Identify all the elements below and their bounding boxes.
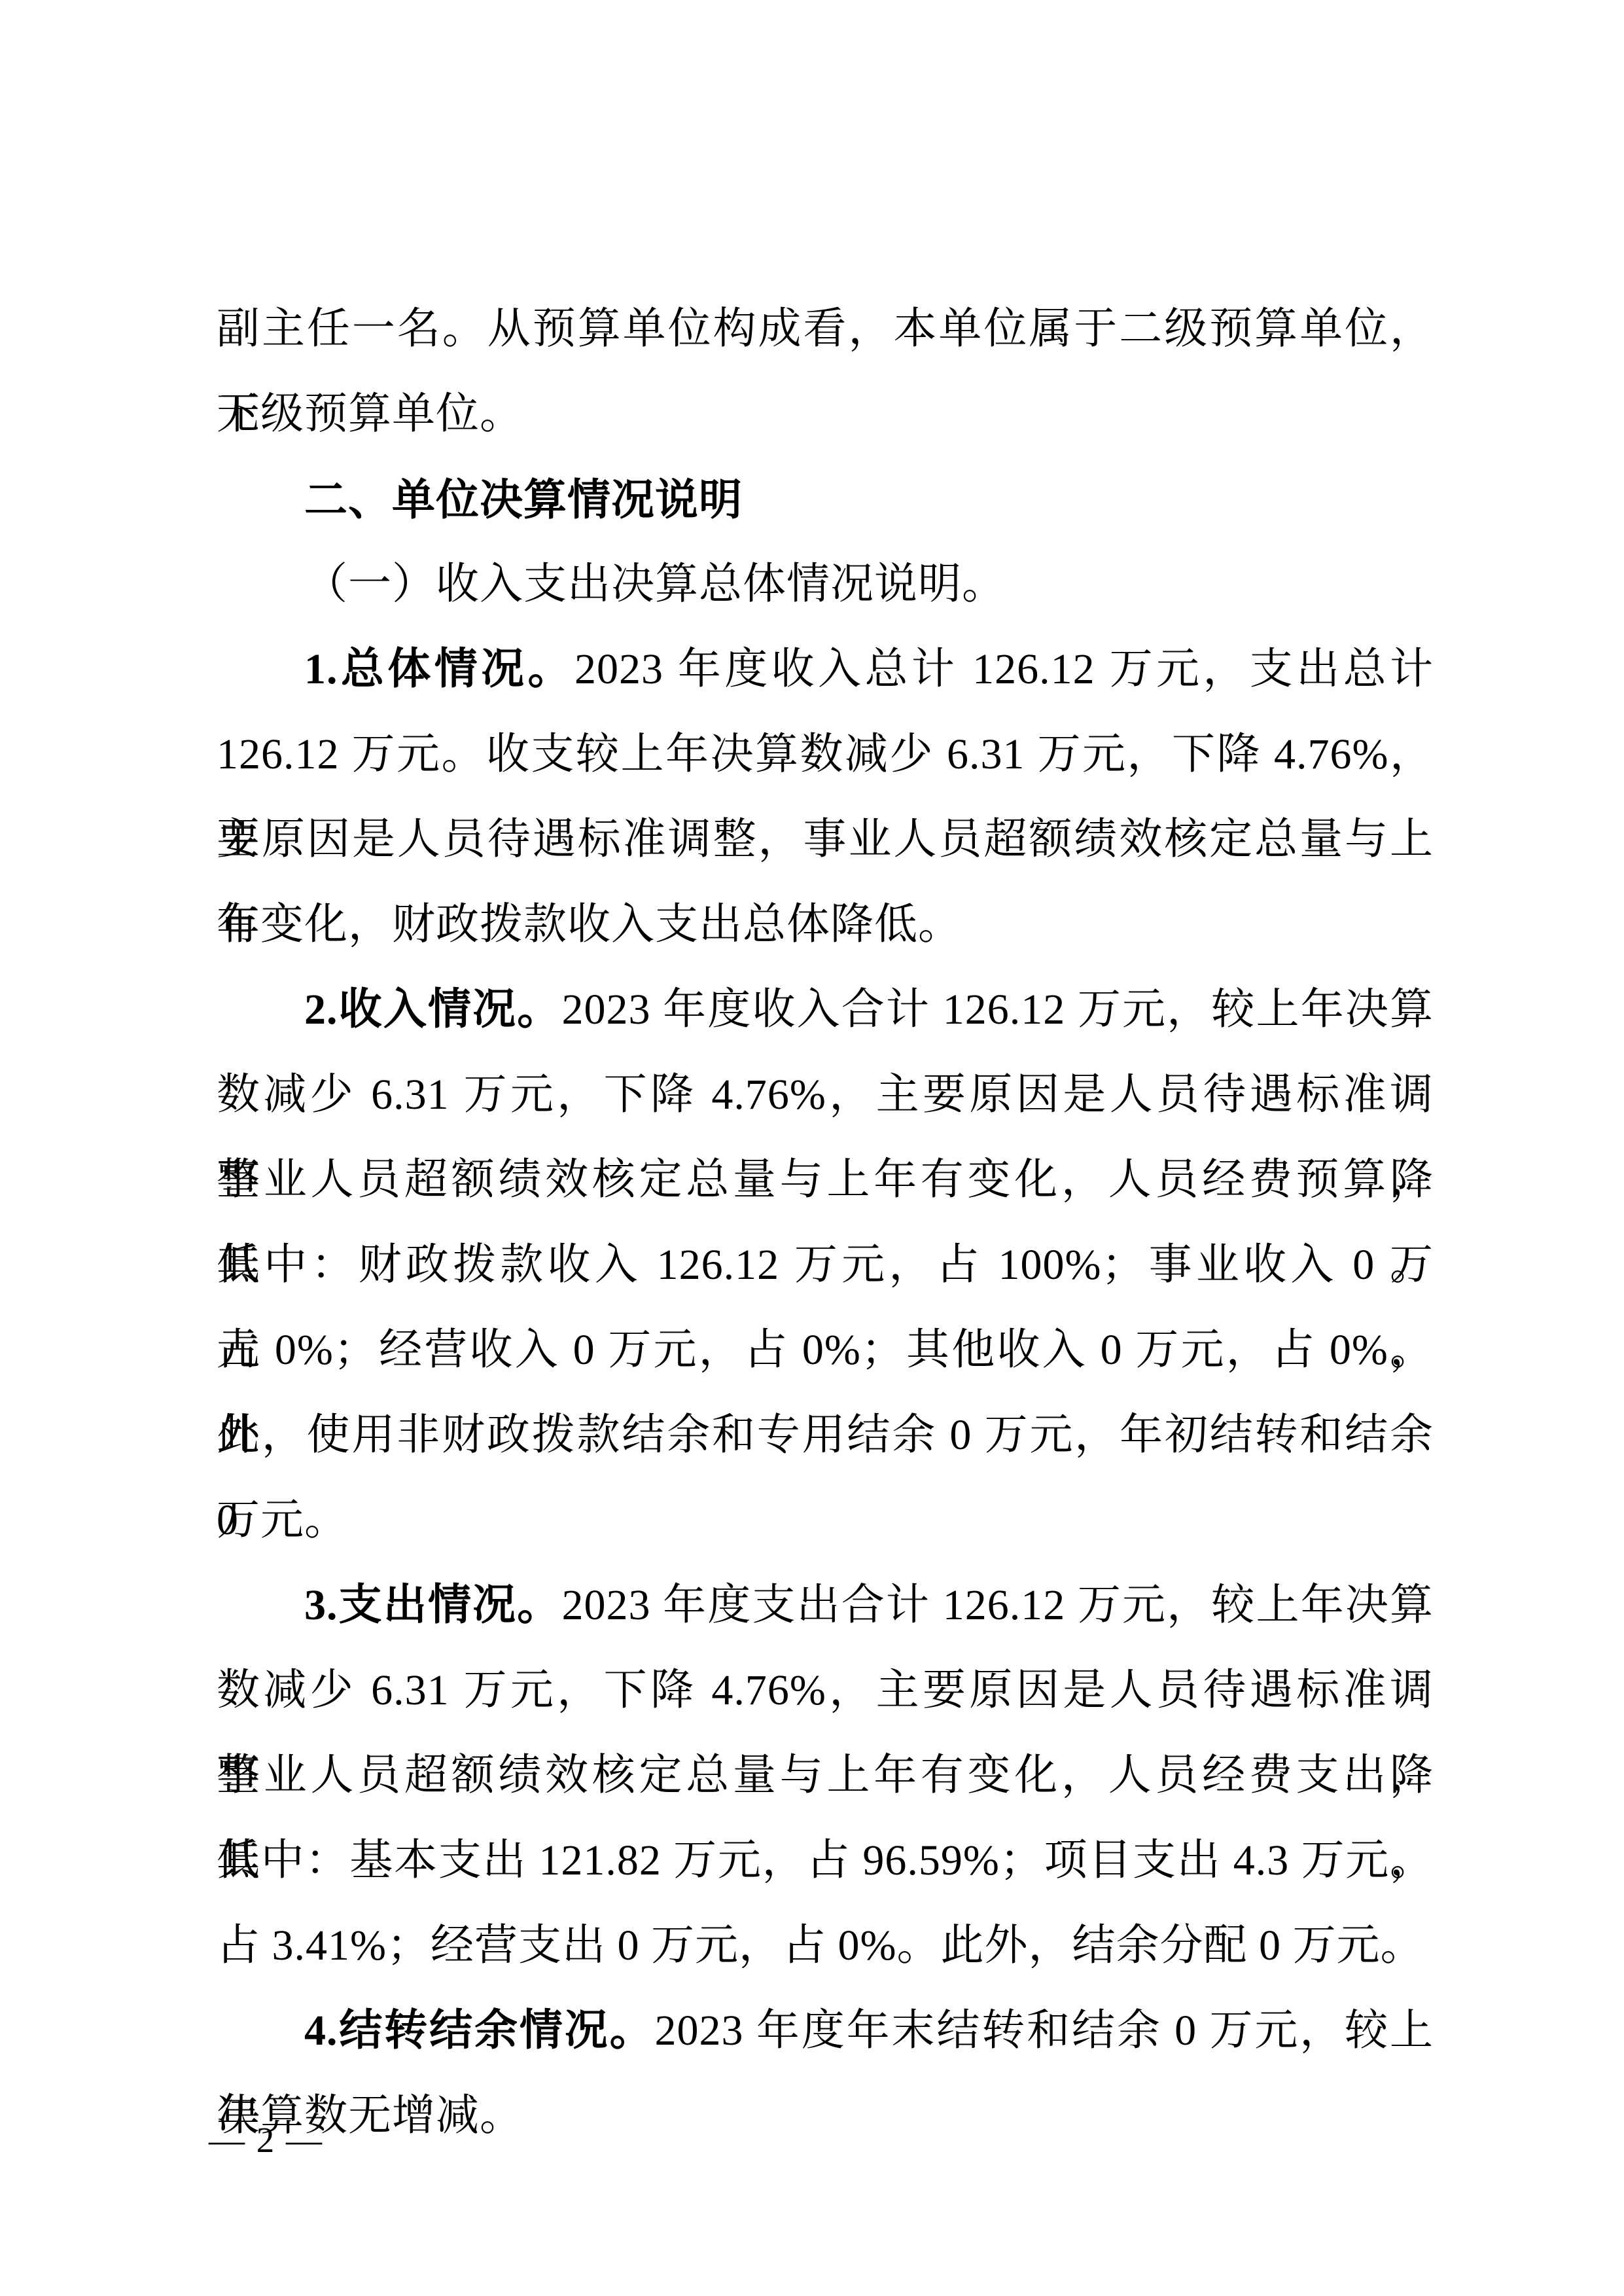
subsection-heading-text: （一）收入支出决算总体情况说明。 bbox=[304, 560, 1006, 608]
text-line-15: 万元。 bbox=[217, 1478, 1434, 1563]
page-number: — 2 — bbox=[209, 2119, 323, 2161]
item-4-label: 4.结转结余情况。 bbox=[304, 2007, 655, 2054]
text-line-11: 事业人员超额绩效核定总量与上年有变化，人员经费预算降低。 bbox=[217, 1138, 1434, 1223]
text-line-14: 外，使用非财政拨款结余和专用结余 0 万元，年初结转和结余 0 bbox=[217, 1393, 1434, 1478]
subsection-heading: （一）收入支出决算总体情况说明。 bbox=[217, 542, 1434, 627]
document-body: 副主任一名。从预算单位构成看，本单位属于二级预算单位，无 下级预算单位。 二、单… bbox=[217, 287, 1434, 2159]
text-line-10: 数减少 6.31 万元，下降 4.76%，主要原因是人员待遇标准调整， bbox=[217, 1052, 1434, 1138]
text-line-1: 副主任一名。从预算单位构成看，本单位属于二级预算单位，无 bbox=[217, 287, 1434, 372]
text-line-18: 事业人员超额绩效核定总量与上年有变化，人员经费支出降低。 bbox=[217, 1733, 1434, 1818]
item-2-text: 2023 年度收入合计 126.12 万元，较上年决算 bbox=[561, 986, 1434, 1033]
text-line-12: 其中：财政拨款收入 126.12 万元，占 100%；事业收入 0 万元， bbox=[217, 1223, 1434, 1308]
text-line-16: 3.支出情况。2023 年度支出合计 126.12 万元，较上年决算 bbox=[217, 1563, 1434, 1648]
item-1-label: 1.总体情况。 bbox=[304, 645, 574, 693]
item-2-label: 2.收入情况。 bbox=[304, 986, 561, 1033]
item-3-label: 3.支出情况。 bbox=[304, 1581, 561, 1629]
text-line-9: 2.收入情况。2023 年度收入合计 126.12 万元，较上年决算 bbox=[217, 967, 1434, 1052]
text-line-7: 要原因是人员待遇标准调整，事业人员超额绩效核定总量与上年 bbox=[217, 797, 1434, 882]
text-line-17: 数减少 6.31 万元，下降 4.76%，主要原因是人员待遇标准调整， bbox=[217, 1648, 1434, 1733]
text-line-19: 其中：基本支出 121.82 万元，占 96.59%；项目支出 4.3 万元， bbox=[217, 1818, 1434, 1903]
section-heading: 二、单位决算情况说明 bbox=[217, 457, 1434, 542]
body-text: 有变化，财政拨款收入支出总体降低。 bbox=[217, 901, 962, 948]
text-line-21: 4.结转结余情况。2023 年度年末结转和结余 0 万元，较上年 bbox=[217, 1988, 1434, 2073]
text-line-2: 下级预算单位。 bbox=[217, 372, 1434, 457]
item-3-text: 2023 年度支出合计 126.12 万元，较上年决算 bbox=[561, 1581, 1434, 1629]
section-heading-text: 二、单位决算情况说明 bbox=[304, 475, 743, 524]
text-line-5: 1.总体情况。2023 年度收入总计 126.12 万元，支出总计 bbox=[217, 627, 1434, 712]
text-line-13: 占 0%；经营收入 0 万元，占 0%；其他收入 0 万元，占 0%。此 bbox=[217, 1308, 1434, 1393]
text-line-8: 有变化，财政拨款收入支出总体降低。 bbox=[217, 882, 1434, 967]
text-line-22: 决算数无增减。 bbox=[217, 2073, 1434, 2159]
text-line-20: 占 3.41%；经营支出 0 万元，占 0%。此外，结余分配 0 万元。 bbox=[217, 1903, 1434, 1988]
text-line-6: 126.12 万元。收支较上年决算数减少 6.31 万元，下降 4.76%，主 bbox=[217, 712, 1434, 797]
item-1-text: 2023 年度收入总计 126.12 万元，支出总计 bbox=[574, 645, 1434, 693]
body-text: 万元。 bbox=[217, 1496, 348, 1544]
body-text: 占 3.41%；经营支出 0 万元，占 0%。此外，结余分配 0 万元。 bbox=[217, 1922, 1424, 1969]
paragraph-continuation-end: 下级预算单位。 bbox=[217, 390, 523, 438]
body-text: 其中：基本支出 121.82 万元，占 96.59%；项目支出 4.3 万元， bbox=[217, 1837, 1434, 1884]
